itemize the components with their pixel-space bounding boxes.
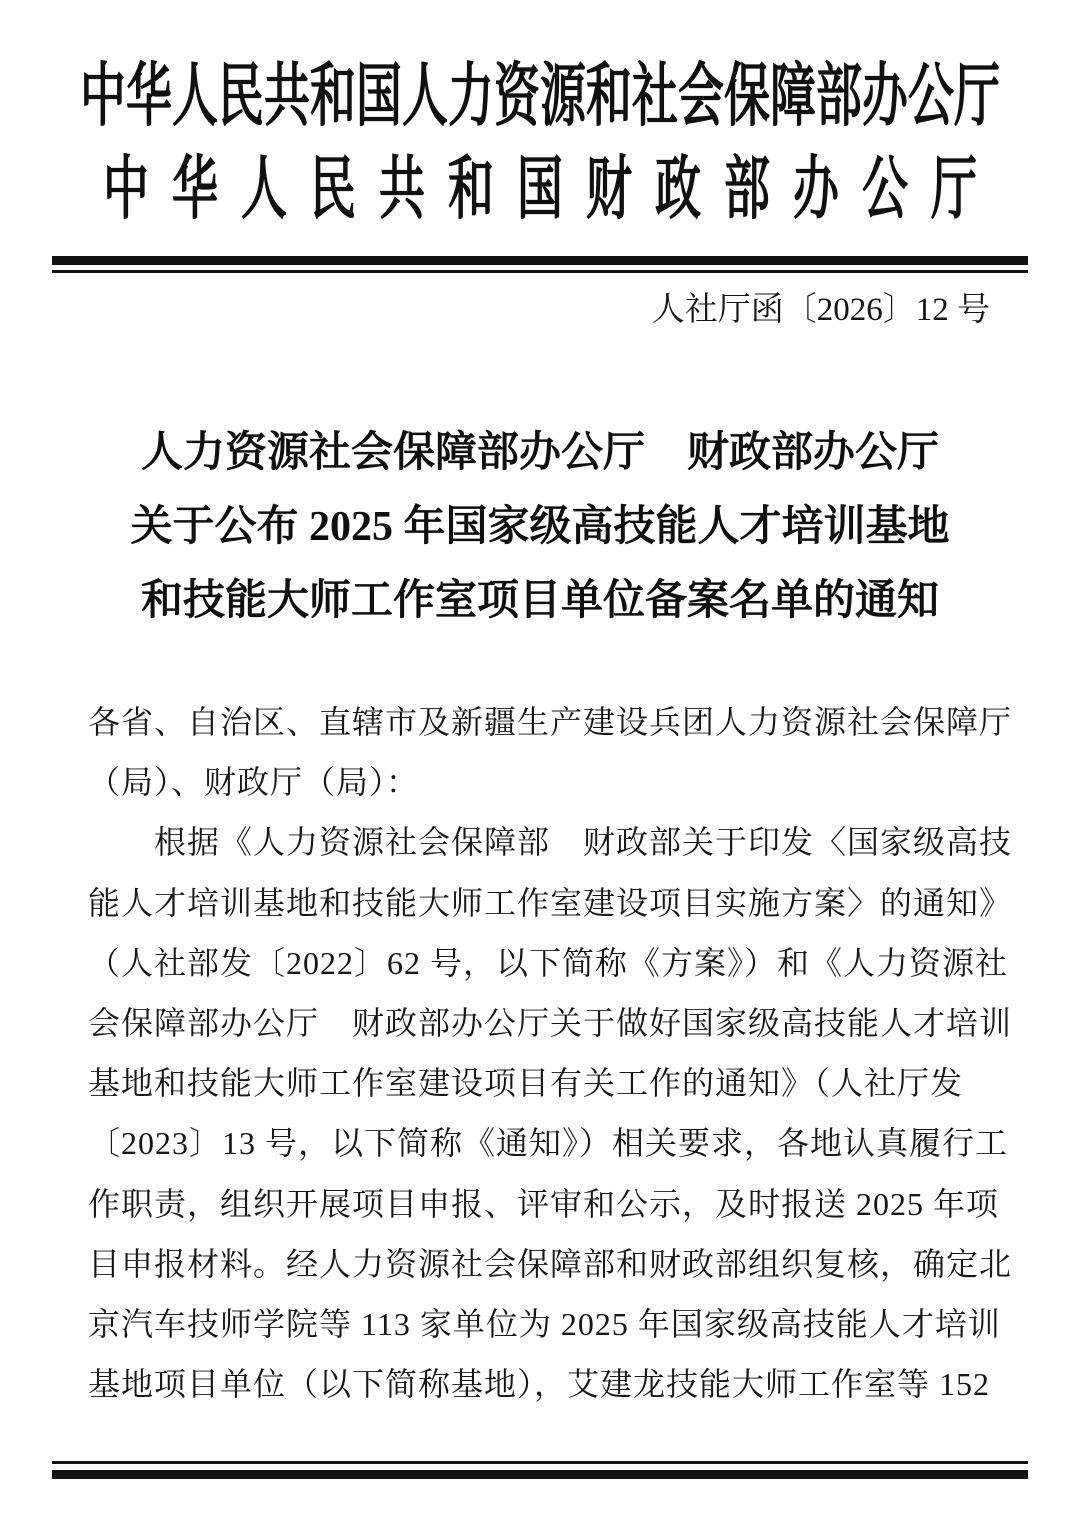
- paragraph-line: 会保障部办公厅 财政部办公厅关于做好国家级高技能人才培训: [88, 993, 1010, 1053]
- paragraph-line: 目申报材料。经人力资源社会保障部和财政部组织复核，确定北: [88, 1234, 1010, 1294]
- paragraph-line: 京汽车技师学院等 113 家单位为 2025 年国家级高技能人才培训: [88, 1294, 1010, 1354]
- title-line-2: 关于公布 2025 年国家级高技能人才培训基地: [0, 490, 1080, 564]
- title-line-3: 和技能大师工作室项目单位备案名单的通知: [0, 564, 1080, 638]
- document-body: 各省、自治区、直辖市及新疆生产建设兵团人力资源社会保障厅 （局）、财政厅（局）：…: [88, 692, 1010, 1414]
- paragraph-line: 作职责，组织开展项目申报、评审和公示，及时报送 2025 年项: [88, 1174, 1010, 1234]
- letterhead-line-2: 中华人民共和国财政部办公厅: [0, 155, 1080, 224]
- footer-divider-thick-line: [52, 1470, 1028, 1479]
- paragraph-line: 能人才培训基地和技能大师工作室建设项目实施方案〉的通知》: [88, 873, 1010, 933]
- document-page: 中华人民共和国人力资源和社会保障部办公厅 中华人民共和国财政部办公厅 人社厅函〔…: [0, 0, 1080, 1529]
- letterhead-line-1: 中华人民共和国人力资源和社会保障部办公厅: [0, 62, 1080, 131]
- header-divider-thin-line: [52, 270, 1028, 273]
- paragraph-line: 根据《人力资源社会保障部 财政部关于印发〈国家级高技: [88, 812, 1010, 872]
- title-line-1: 人力资源社会保障部办公厅 财政部办公厅: [0, 416, 1080, 490]
- salutation-line: （局）、财政厅（局）：: [88, 752, 1010, 812]
- footer-divider-thin-line: [52, 1461, 1028, 1464]
- footer-divider: [52, 1461, 1028, 1479]
- paragraph-line: （人社部发〔2022〕62 号，以下简称《方案》）和《人力资源社: [88, 933, 1010, 993]
- document-title: 人力资源社会保障部办公厅 财政部办公厅 关于公布 2025 年国家级高技能人才培…: [0, 416, 1080, 638]
- header-divider-thick-line: [52, 256, 1028, 265]
- salutation-line: 各省、自治区、直辖市及新疆生产建设兵团人力资源社会保障厅: [88, 692, 1010, 752]
- header-divider: [52, 256, 1028, 273]
- paragraph-line: 基地和技能大师工作室建设项目有关工作的通知》（人社厅发: [88, 1053, 1010, 1113]
- document-number: 人社厅函〔2026〕12 号: [652, 290, 990, 330]
- paragraph-line: 〔2023〕13 号，以下简称《通知》）相关要求，各地认真履行工: [88, 1113, 1010, 1173]
- paragraph-line: 基地项目单位（以下简称基地），艾建龙技能大师工作室等 152: [88, 1354, 1010, 1414]
